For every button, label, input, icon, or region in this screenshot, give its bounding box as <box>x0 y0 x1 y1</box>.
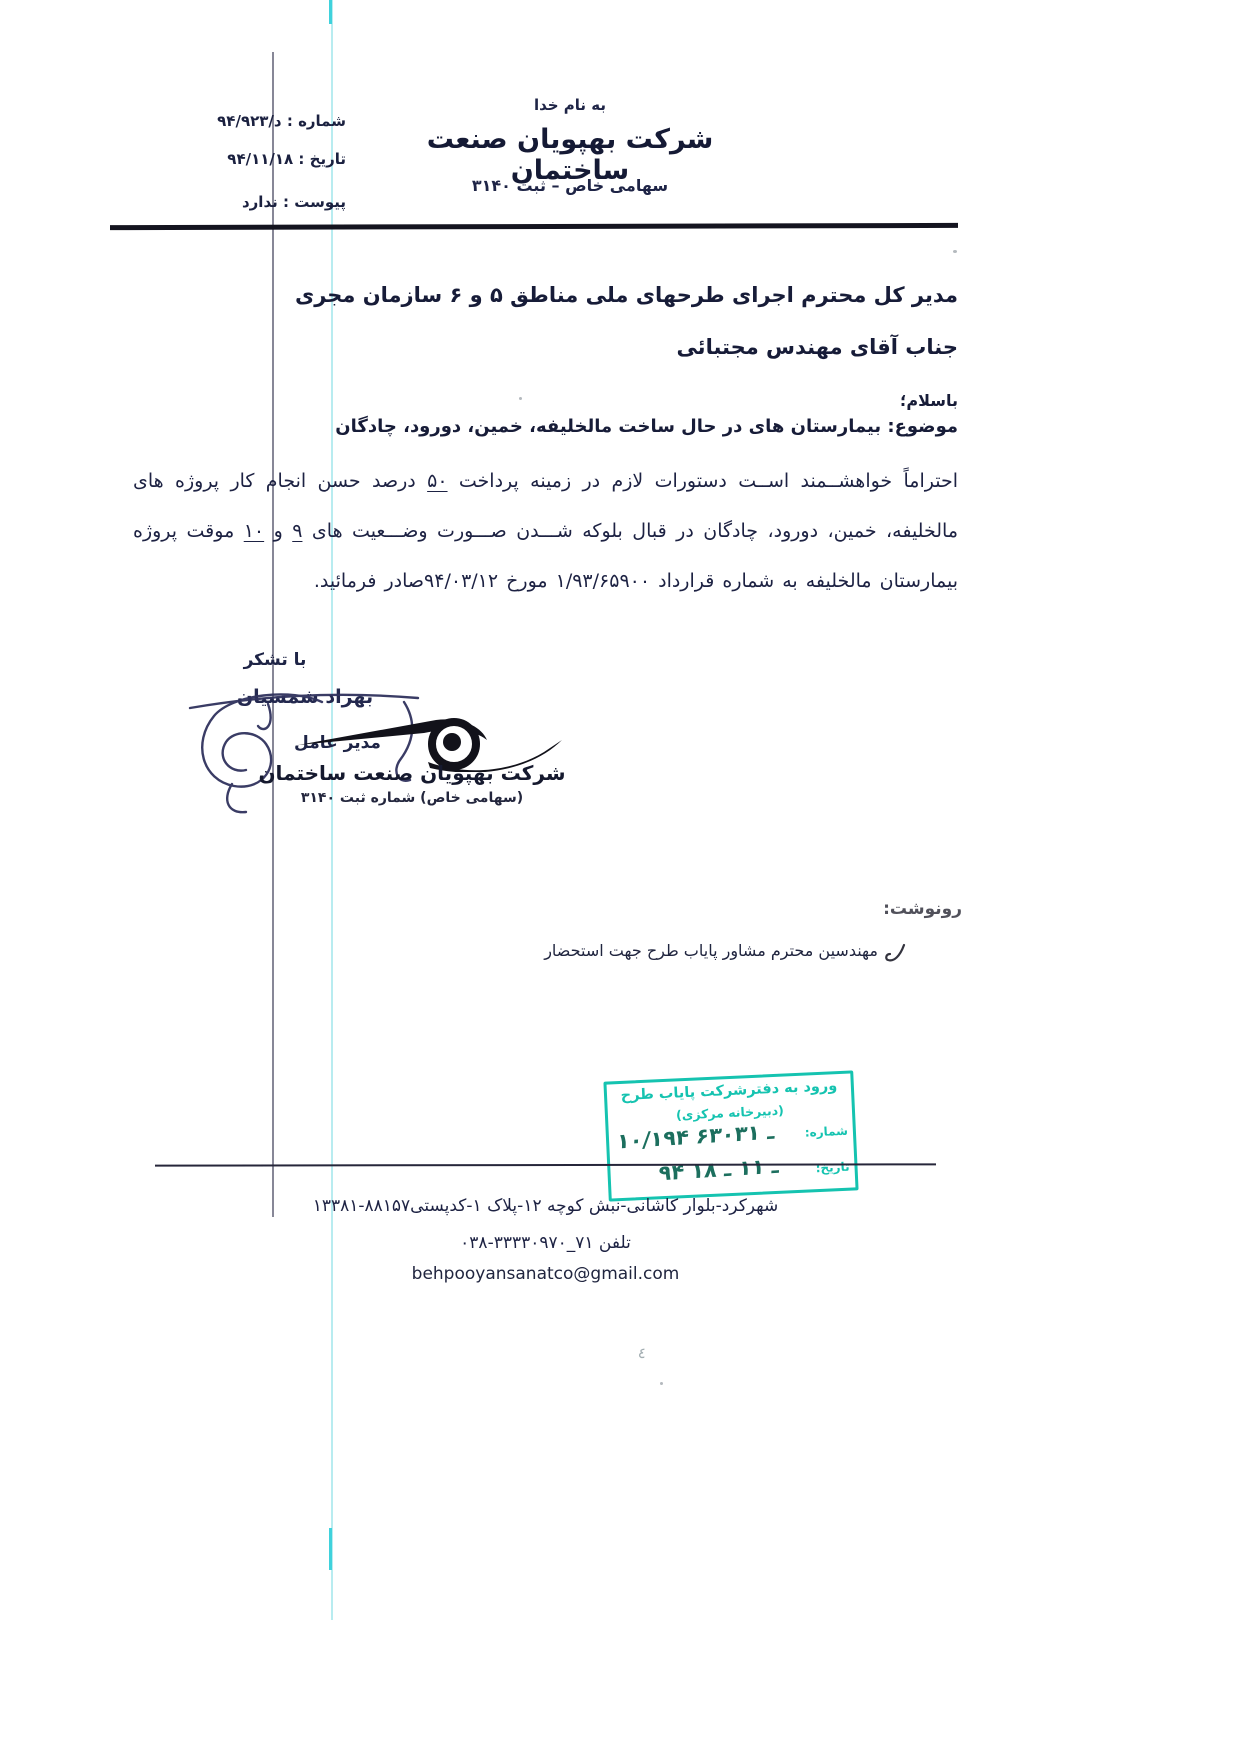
entry-stamp-number-label: شماره: <box>804 1124 848 1140</box>
body-line-3-text-mid: مورخ <box>498 570 556 592</box>
body-line-1-text-a: احتراماً خواهشــمند اســت دستورات لازم د… <box>448 470 958 492</box>
company-stamp-name: شرکت بهپویان صنعت ساختمان <box>252 761 572 785</box>
body-line-2: مالخلیفه، خمین، دورود، چادگان در قبال بل… <box>133 520 958 570</box>
subject-line: موضوع: بیمارستان های در حال ساخت مالخلیف… <box>130 416 958 437</box>
closing-thanks: با تشکر <box>215 650 335 670</box>
body-line-2-text-mid: و <box>264 520 292 542</box>
date-value: ۹۴/۱۱/۱۸ <box>227 150 293 168</box>
entry-stamp-number-value: ۱۰/۱۹۴ ـ ۶۳۰۳۱ <box>616 1120 775 1154</box>
footer-email: behpooyansanatco@gmail.com <box>155 1264 936 1284</box>
attachment-value: ندارد <box>242 193 278 211</box>
scan-speck <box>660 1382 663 1385</box>
company-registration: سهامی خاص – ثبت ۳۱۴۰ <box>400 176 740 195</box>
letter-attachment-row: پیوست : ندارد <box>186 193 346 211</box>
letter-number-row: شماره : ۹۴/د/۹۲۳ <box>186 112 346 130</box>
attachment-label: پیوست : <box>283 193 346 211</box>
cc-label: رونوشت: <box>790 899 962 919</box>
body-line-2-text-a: مالخلیفه، خمین، دورود، چادگان در قبال بل… <box>302 520 958 542</box>
cc-checkmark-scribble <box>884 942 910 970</box>
scan-speck <box>953 250 957 253</box>
body-line-3-text-b: صادر فرمائید. <box>314 570 424 592</box>
scanned-letter-page: شماره : ۹۴/د/۹۲۳ تاریخ : ۹۴/۱۱/۱۸ پیوست … <box>0 0 1240 1753</box>
bismillah: به نام خدا <box>400 96 740 114</box>
header-rule <box>110 223 958 230</box>
body-line-1-underlined-50: ۵۰ <box>427 470 447 492</box>
body-line-2-underlined-9: ۹ <box>292 520 302 542</box>
body-line-3-text-a: بیمارستان مالخلیفه به شماره قرارداد <box>650 570 958 592</box>
letter-date-row: تاریخ : ۹۴/۱۱/۱۸ <box>186 150 346 168</box>
salutation: باسلام؛ <box>130 391 958 410</box>
body-line-3: بیمارستان مالخلیفه به شماره قرارداد ۱/۹۳… <box>133 570 958 620</box>
scan-artifact-mark: ٤ <box>637 1344 647 1363</box>
contract-number: ۱/۹۳/۶۵۹۰۰ <box>556 570 650 592</box>
contract-date: ۹۴/۰۳/۱۲ <box>424 570 498 592</box>
number-value: ۹۴/د/۹۲۳ <box>217 112 281 130</box>
date-label: تاریخ : <box>298 150 346 168</box>
body-line-1-text-b: درصد حسن انجام کار پروژه های <box>133 470 427 492</box>
fold-tick-top <box>329 0 332 24</box>
body-line-2-underlined-10: ۱۰ <box>244 520 264 542</box>
recipient-title: مدیر کل محترم اجرای طرحهای ملی مناطق ۵ و… <box>130 283 958 307</box>
number-label: شماره : <box>287 112 346 130</box>
body-line-1: احتراماً خواهشــمند اســت دستورات لازم د… <box>133 470 958 520</box>
footer-phone: تلفن ۷۱_۳۳۳۳۰۹۷۰-۰۳۸ <box>155 1233 936 1253</box>
entry-stamp: ورود به دفترشرکت پایاب طرح (دبیرخانه مرک… <box>603 1070 858 1201</box>
entry-stamp-date-label: تاریخ: <box>815 1160 849 1176</box>
body-line-2-text-b: موقت پروژه <box>133 520 244 542</box>
footer-address: شهرکرد-بلوار کاشانی-نبش کوچه ۱۲-پلاک ۱-ک… <box>155 1196 936 1216</box>
cc-item: مهندسین محترم مشاور پایاب طرح جهت استحضا… <box>478 941 878 960</box>
company-stamp-registration: (سهامی خاص) شماره ثبت ۳۱۴۰ <box>282 790 542 806</box>
recipient-name: جناب آقای مهندس مجتبائی <box>130 335 958 359</box>
fold-tick-bottom <box>329 1528 332 1570</box>
scan-speck <box>519 397 522 400</box>
entry-stamp-date-value: ۹۴ ـ ۱۱ ـ ۱۸ <box>658 1154 780 1186</box>
